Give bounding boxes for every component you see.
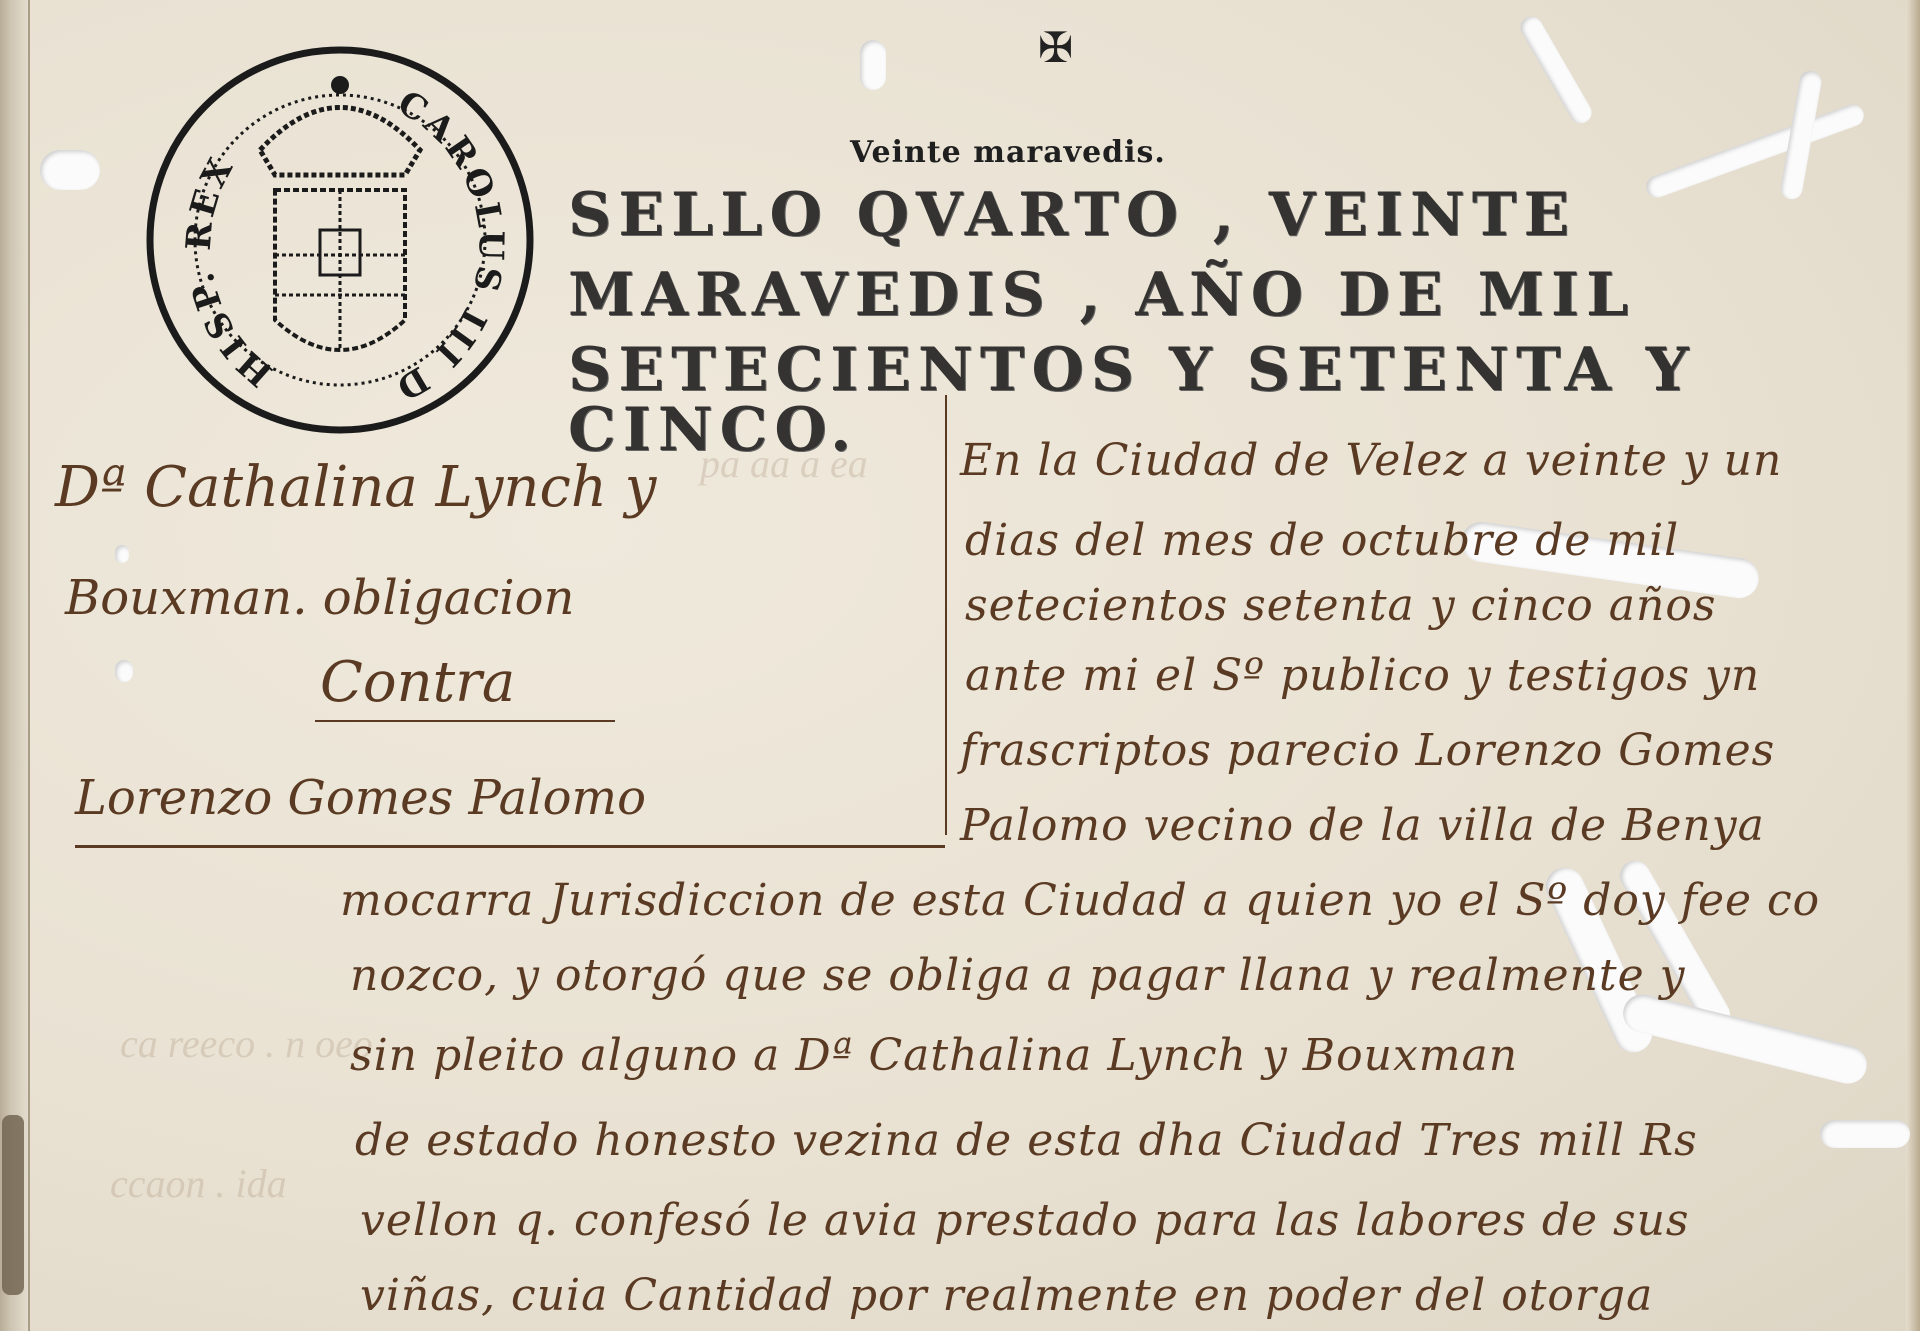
wormhole [115, 660, 133, 682]
wormhole [1820, 1120, 1910, 1148]
body-line-4: ante mi el Sº publico y testigos yn [965, 650, 1760, 701]
coat-of-arms-icon: CAROLUS III D.G. HISP. REX [135, 30, 545, 450]
bleed-through-text: ccaon . ida [110, 1160, 287, 1207]
margin-note-line-3: Contra [320, 650, 515, 715]
wormhole [1516, 13, 1595, 128]
cross-icon: ✠ [1038, 28, 1073, 70]
stamp-value-line: Veinte maravedis. [850, 135, 1166, 170]
underline-rule [315, 720, 615, 722]
body-line-12: viñas, cuia Cantidad por realmente en po… [360, 1270, 1653, 1321]
wormhole [40, 150, 100, 190]
body-line-8: nozco, y otorgó que se obliga a pagar ll… [350, 950, 1685, 1001]
body-line-6: Palomo vecino de la villa de Benya [960, 800, 1765, 851]
margin-note-line-2: Bouxman. obligacion [65, 570, 574, 626]
body-line-10: de estado honesto vezina de esta dha Ciu… [355, 1115, 1698, 1166]
wormhole [1619, 990, 1871, 1087]
body-line-3: setecientos setenta y cinco años [965, 580, 1716, 631]
body-line-5: frascriptos parecio Lorenzo Gomes [960, 725, 1775, 776]
margin-divider-vertical [945, 395, 947, 835]
margin-note-line-4: Lorenzo Gomes Palomo [75, 770, 646, 826]
stamp-heading-line-2: MARAVEDIS , AÑO DE MIL [568, 260, 1635, 330]
margin-divider-horizontal [75, 845, 945, 848]
royal-seal: CAROLUS III D.G. HISP. REX [135, 30, 545, 450]
body-line-1: En la Ciudad de Velez a veinte y un [960, 435, 1782, 486]
margin-note-line-1: Dª Cathalina Lynch y [55, 455, 656, 520]
wormhole [1643, 101, 1867, 200]
binding-stain [2, 1115, 24, 1295]
body-line-2: dias del mes de octubre de mil [965, 515, 1679, 566]
body-line-7: mocarra Jurisdiccion de esta Ciudad a qu… [340, 875, 1820, 926]
stamp-heading-line-1: SELLO QVARTO , VEINTE [568, 180, 1576, 250]
wormhole [860, 40, 886, 90]
wormhole [115, 545, 129, 563]
manuscript-page: ca reeco . n oeo ccaon . ida pa aa a ea … [0, 0, 1920, 1331]
body-line-9: sin pleito alguno a Dª Cathalina Lynch y… [350, 1030, 1518, 1081]
body-line-11: vellon q. confesó le avia prestado para … [360, 1195, 1690, 1246]
bleed-through-text: ca reeco . n oeo [120, 1020, 373, 1067]
